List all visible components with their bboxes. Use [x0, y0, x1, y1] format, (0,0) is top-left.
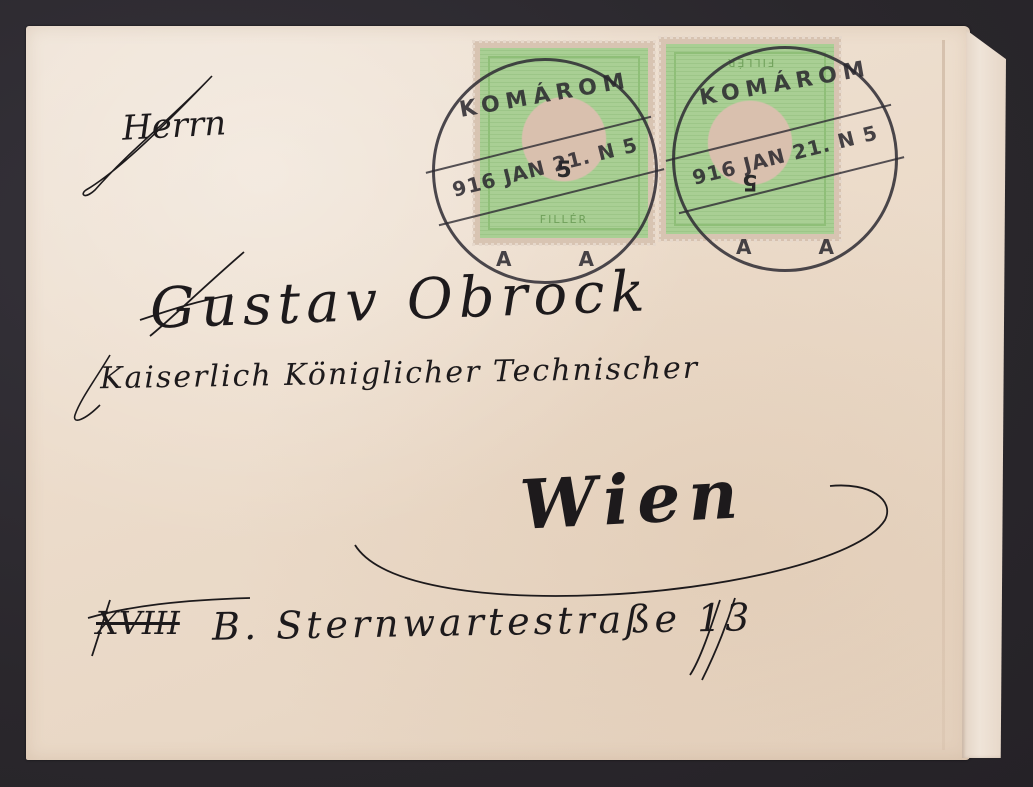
- salutation-text: Herrn: [121, 103, 227, 148]
- destination-city: Wien: [518, 454, 748, 546]
- address-district-struck: XVIII: [96, 604, 180, 642]
